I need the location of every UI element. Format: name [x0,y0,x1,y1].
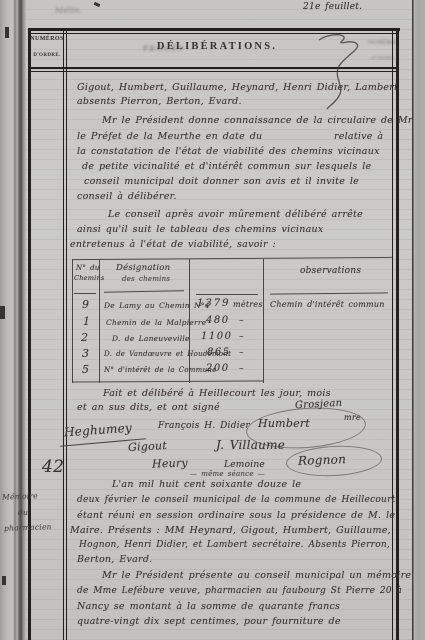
ink-speck [5,27,9,38]
numeros-column-subheader: D'ORDRE. [30,53,64,58]
handwriting-line: quatre-vingt dix sept centimes, pour fou… [77,616,341,627]
ink-speck [0,306,5,319]
table-col2-subheader: des chemins [122,275,170,283]
page-right-edge [412,0,425,640]
margin-note-line: Mémoire [2,491,38,501]
row-unit: – [239,332,244,342]
ink-speck [2,576,6,585]
handwriting-line: la constatation de l'état de viabilité d… [77,146,380,157]
handwriting-line: L'an mil huit cent soixante douze le [112,479,301,490]
row-designation: D. de Laneuveville [112,334,190,343]
signature: Lemoine [224,460,265,470]
handwriting-line: Berton, Evard. [77,554,152,565]
ghost-bleedthrough-right-1: NUMÉROS [368,40,399,46]
paraph-flourish [305,30,365,110]
table-col4-header: observations [300,266,361,276]
signature: Heury [152,456,188,470]
row-unit: – [239,316,244,326]
table-vertical-left [72,259,73,383]
handwriting-line: et an sus dits, et ont signé [77,402,220,413]
signature: J. Villaume [216,438,285,452]
margin-order-number: 42 [42,457,64,477]
margin-note-line: du [18,508,28,517]
row-observation: Chemin d'intérêt commun [270,300,385,309]
frame-left [28,28,31,640]
row-length: 200 [206,363,230,374]
handwriting-line: conseil à délibérer. [77,191,177,202]
handwriting-line: de petite vicinalité et d'intérêt commun… [82,161,371,172]
handwriting-line: Maire. Présents : MM Heynard, Gigout, Hu… [70,525,391,536]
handwriting-line: absents Pierron, Berton, Evard. [77,96,242,107]
handwriting-line: étant réuni en session ordinaire sous la… [77,510,395,521]
row-length: 480 [206,315,230,326]
table-vertical-3 [263,259,264,383]
row-unit: – [239,348,244,358]
row-unit: mètres [233,300,263,309]
handwriting-line: Mr le Président présente au conseil muni… [102,570,411,581]
register-page-scan: Mélin. 21e feuillet. NUMÉROS D'ORDRE. PR… [0,0,425,640]
margin-note-line: pharmacien [4,522,52,533]
table-header-underline-3 [196,294,258,295]
table-col1-header: N° du [76,264,100,272]
handwriting-line: Le conseil après avoir mûrement délibéré… [108,209,363,220]
table-col1-subheader: Chemins [74,274,105,282]
row-unit: – [239,364,244,374]
row-designation: De Lamy au Chemin N°4 [104,301,210,310]
handwriting-line: conseil municipal doit donner son avis e… [84,176,359,187]
handwriting-line: deux février le conseil municipal de la … [77,495,396,505]
row-chemin-num: 2 [81,331,88,344]
handwriting-line: de Mme Lefébure veuve, pharmacien au fau… [77,586,402,596]
top-smudge: Mélin. [55,6,82,15]
handwriting-line: le Préfet de la Meurthe en date du relat… [77,131,383,142]
handwriting-line: Gigout, Humbert, Guillaume, Heynard, Hen… [77,82,398,93]
row-chemin-num: 9 [82,298,89,311]
seance-note: — même séance — [190,470,265,478]
column-divider-outer [63,28,64,640]
handwriting-line: Fait et délibéré à Heillecourt les jour,… [103,388,331,399]
handwriting-line: ainsi qu'il suit le tableau des chemins … [77,224,323,235]
handwriting-line: Nancy se montant à la somme de quarante … [77,601,340,612]
column-divider-inner [66,28,67,640]
table-col2-header: Désignation [116,263,170,273]
signature: François H. Didier [158,421,250,431]
handwriting-line: Hognon, Henri Didier, et Lambert secréta… [79,540,390,550]
table-header-underline-1 [74,293,96,294]
row-chemin-num: 1 [83,315,90,328]
handwriting-line: Mr le Président donne connaissance de la… [102,115,413,126]
binding-edge [0,0,26,640]
ghost-bleedthrough-right-2: D'ORDRE [371,56,394,61]
numeros-column-header: NUMÉROS [30,36,64,42]
folio-note: 21e feuillet. [303,2,362,12]
row-chemin-num: 3 [82,347,89,360]
row-designation: N° d'intérêt de la Commune [104,366,216,374]
handwriting-line: entretenus à l'état de viabilité, savoir… [70,239,276,250]
row-chemin-num: 5 [82,363,89,376]
row-length: 1379 [197,298,230,309]
row-designation: Chemin de la Malpierre [106,318,206,327]
row-length: 1100 [201,331,232,342]
row-length: 865 [207,347,231,358]
signature: Gigout [128,439,168,454]
